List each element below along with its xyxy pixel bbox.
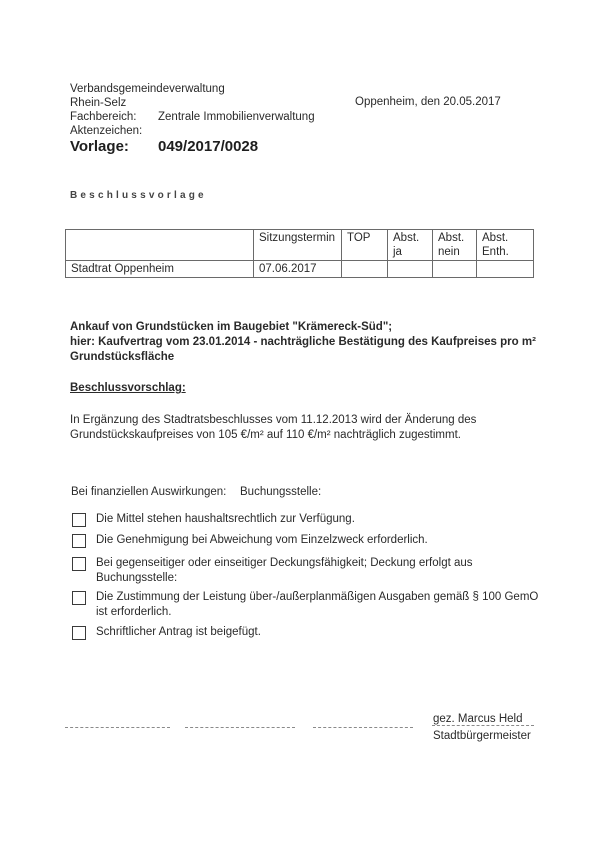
booking-label: Buchungsstelle: [240, 485, 321, 499]
checkbox-label-unplanned-line1: Die Zustimmung der Leistung über-/außerp… [96, 590, 538, 605]
checkbox-coverage[interactable] [72, 557, 86, 571]
subject-line3: Grundstücksfläche [70, 350, 174, 365]
vorlage-label: Vorlage: [70, 138, 129, 155]
org-name-line2: Rhein-Selz [70, 96, 126, 110]
table-row: Stadtrat Oppenheim 07.06.2017 [66, 261, 534, 278]
checkbox-funds-available[interactable] [72, 513, 86, 527]
header-cell-abst-ja: Abst.ja [388, 230, 433, 261]
checkbox-written-request[interactable] [72, 626, 86, 640]
place-date: Oppenheim, den 20.05.2017 [355, 95, 501, 109]
subject-line2: hier: Kaufvertrag vom 23.01.2014 - nacht… [70, 335, 536, 350]
signature-line-2 [185, 727, 295, 728]
cell-abst-ja [388, 261, 433, 278]
finance-label: Bei finanziellen Auswirkungen: [71, 485, 226, 499]
header-cell-abst-nein: Abst.nein [433, 230, 477, 261]
checkbox-label-coverage-line1: Bei gegenseitiger oder einseitiger Decku… [96, 556, 473, 571]
proposal-heading: Beschlussvorschlag: [70, 381, 186, 396]
cell-abst-nein [433, 261, 477, 278]
header-cell-sitzungstermin: Sitzungstermin [254, 230, 342, 261]
cell-top [342, 261, 388, 278]
checkbox-label-funds-available: Die Mittel stehen haushaltsrechtlich zur… [96, 512, 355, 527]
signature-line-3 [313, 727, 413, 728]
proposal-line2: Grundstückskaufpreises von 105 €/m² auf … [70, 428, 461, 443]
cell-gremium: Stadtrat Oppenheim [66, 261, 254, 278]
cell-abst-enth [477, 261, 534, 278]
checkbox-label-approval-deviation: Die Genehmigung bei Abweichung vom Einze… [96, 533, 428, 548]
cell-sitzungstermin: 07.06.2017 [254, 261, 342, 278]
aktenzeichen-label: Aktenzeichen: [70, 124, 142, 138]
subject-line1: Ankauf von Grundstücken im Baugebiet "Kr… [70, 320, 392, 335]
fachbereich-label: Fachbereich: [70, 110, 136, 124]
fachbereich-value: Zentrale Immobilienverwaltung [158, 110, 315, 124]
header-cell-abst-enth: Abst.Enth. [477, 230, 534, 261]
org-name-line1: Verbandsgemeindeverwaltung [70, 82, 225, 96]
header-cell-body [66, 230, 254, 261]
proposal-line1: In Ergänzung des Stadtratsbeschlusses vo… [70, 413, 476, 428]
checkbox-unplanned-expenses[interactable] [72, 591, 86, 605]
document-type: Beschlussvorlage [70, 190, 207, 201]
header-cell-top: TOP [342, 230, 388, 261]
checkbox-approval-deviation[interactable] [72, 534, 86, 548]
checkbox-label-coverage-line2: Buchungsstelle: [96, 571, 177, 586]
session-table-header-row: Sitzungstermin TOP Abst.ja Abst.nein Abs… [66, 230, 534, 261]
session-table: Sitzungstermin TOP Abst.ja Abst.nein Abs… [65, 229, 534, 278]
checkbox-label-unplanned-line2: ist erforderlich. [96, 605, 171, 620]
signature-name: gez. Marcus Held [433, 712, 522, 726]
checkbox-label-written-request: Schriftlicher Antrag ist beigefügt. [96, 625, 261, 640]
signature-title: Stadtbürgermeister [433, 729, 531, 743]
vorlage-number: 049/2017/0028 [158, 138, 258, 155]
signature-line-1 [65, 727, 170, 728]
